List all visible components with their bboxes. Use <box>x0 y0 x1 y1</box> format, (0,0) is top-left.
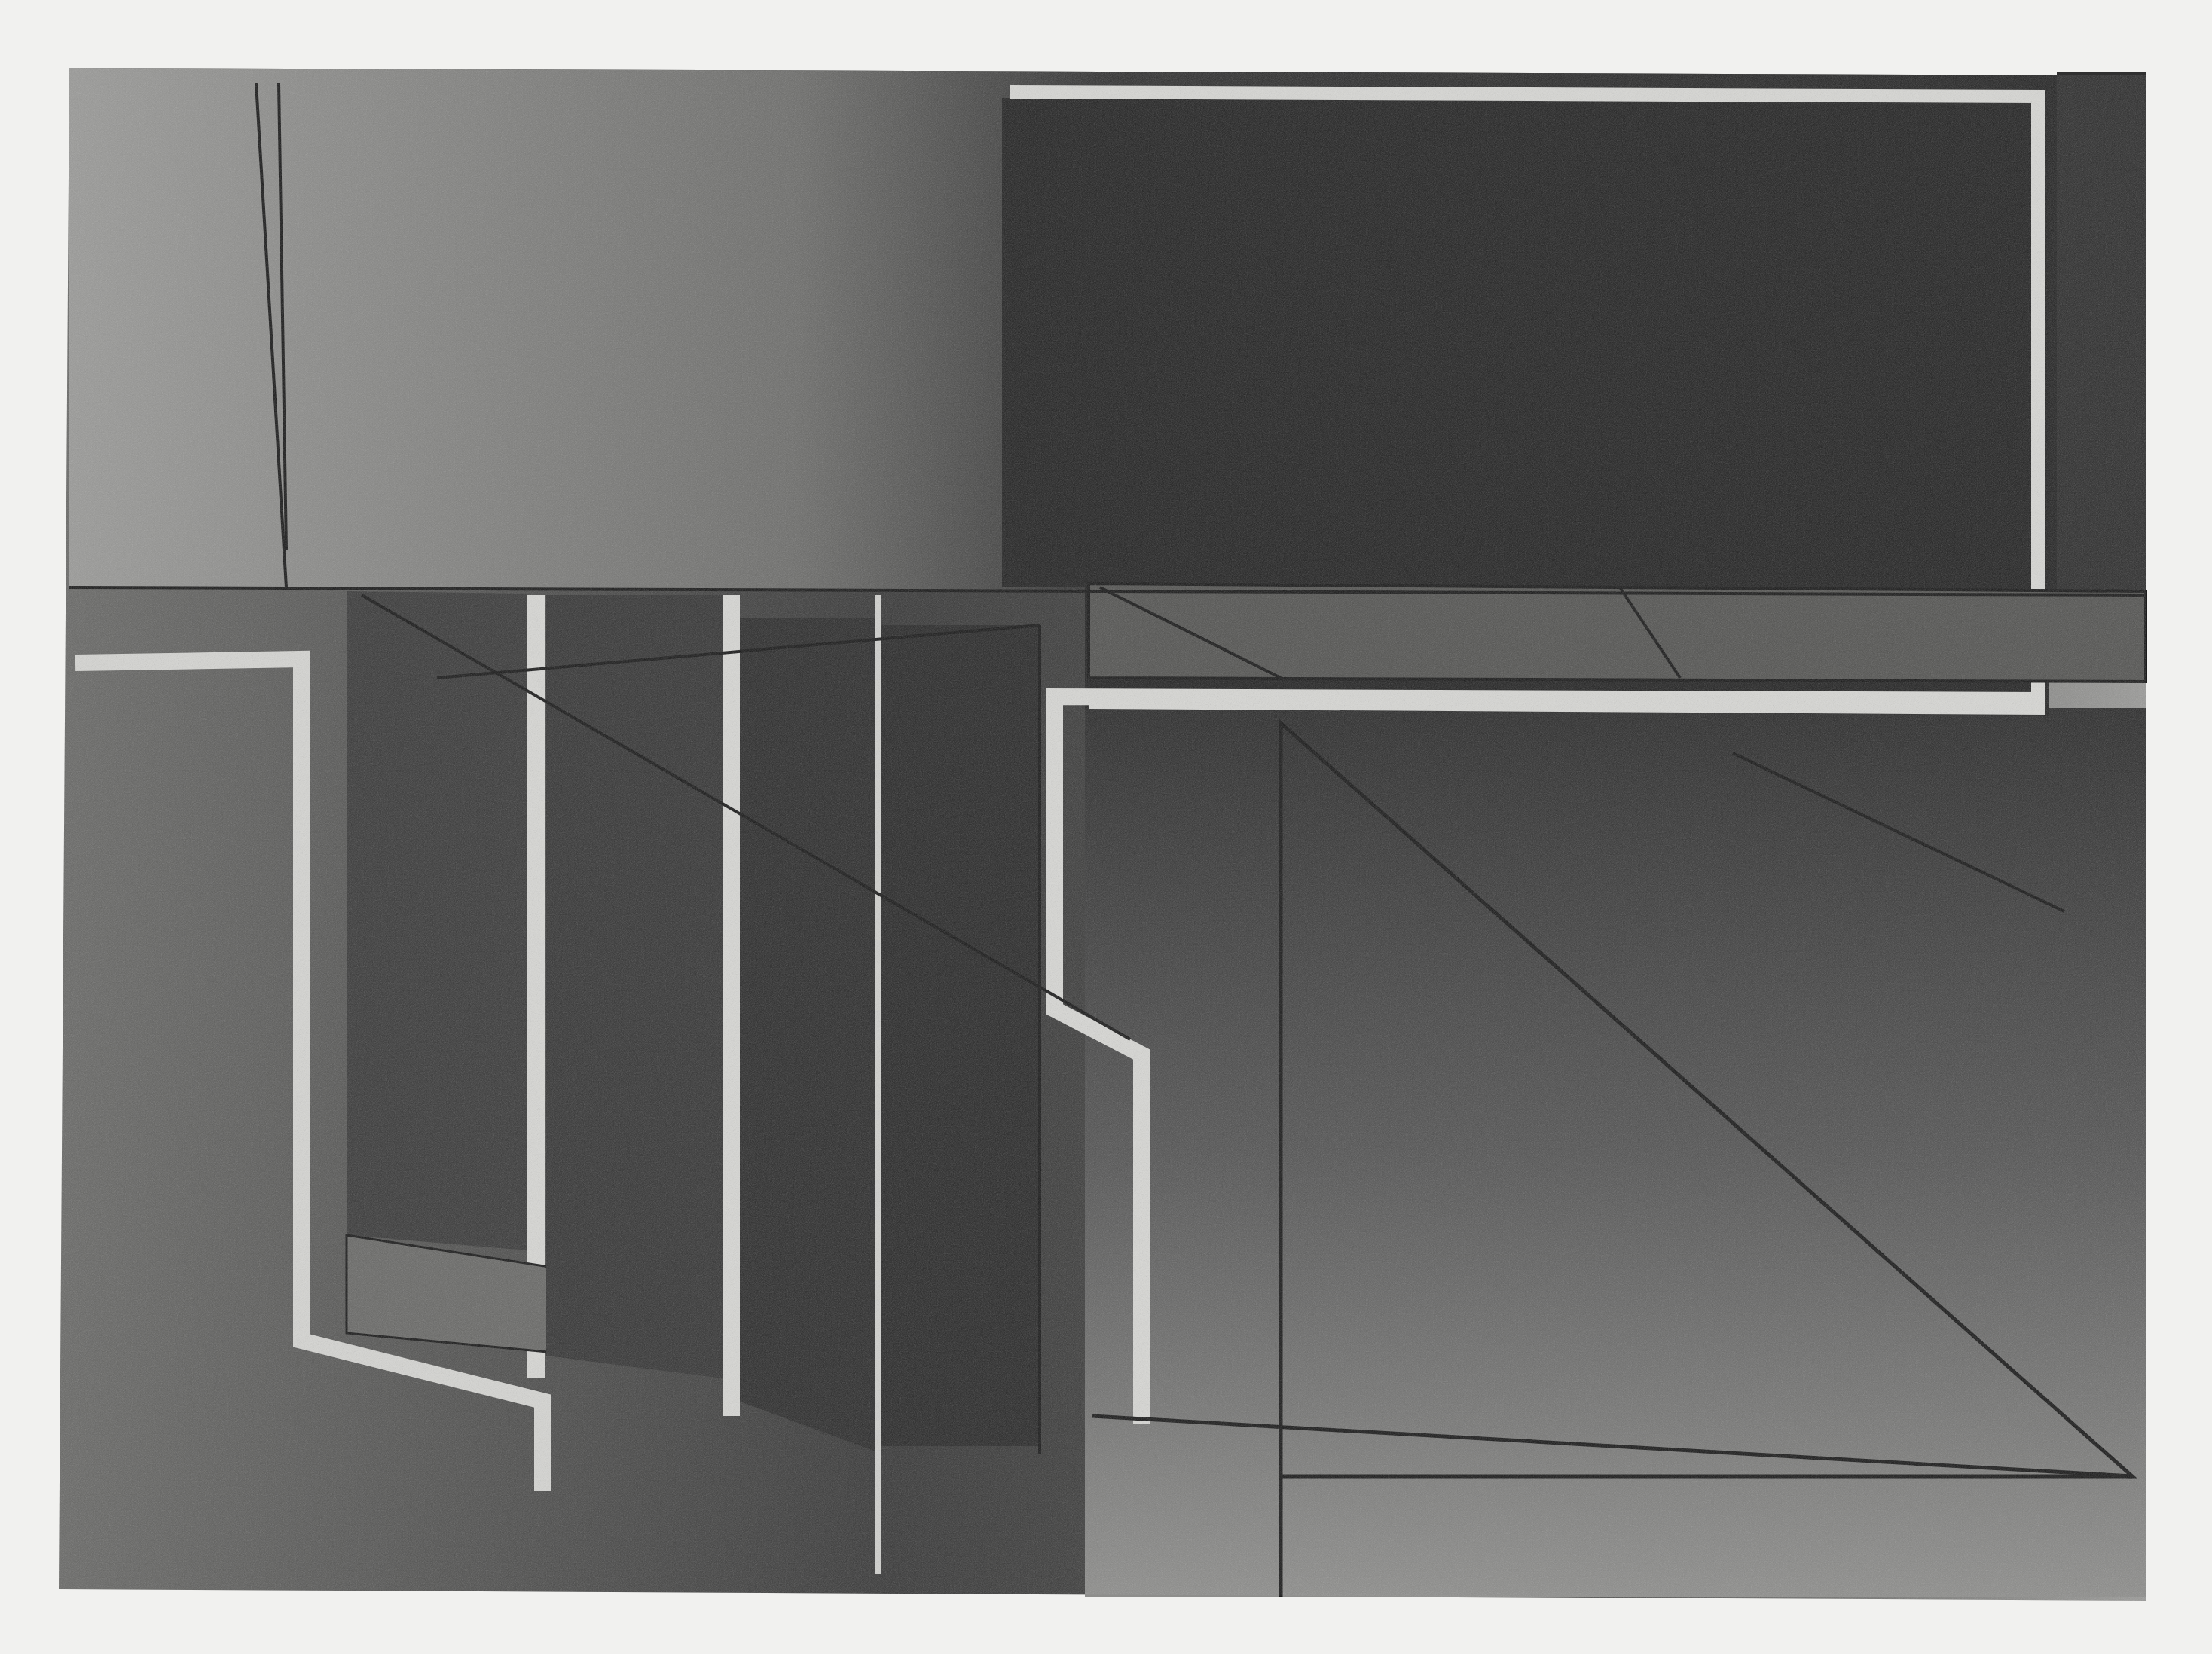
etching-artwork <box>0 0 2212 1654</box>
plate-grain <box>59 68 2146 1601</box>
